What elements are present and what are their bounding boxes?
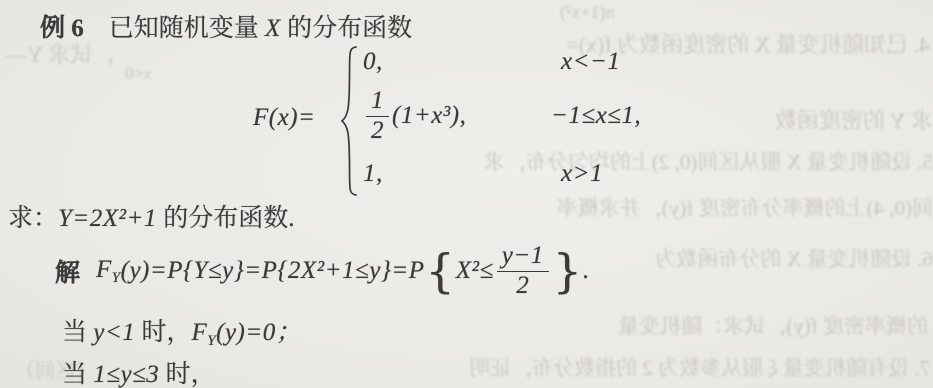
heading-spacer — [84, 15, 109, 42]
find-label: 求： — [8, 205, 58, 232]
case-row-2: 1 2 (1+x³), −1≤x≤1, — [363, 84, 466, 148]
big-left-brace: { — [425, 248, 454, 294]
big-right-brace: } — [553, 248, 582, 294]
when-suffix: 时， — [159, 361, 215, 388]
find-line: 求：Y=2X²+1 的分布函数. — [8, 198, 294, 234]
bleedthrough-text: 6. 设随机变量 X 的分布函数为 — [615, 243, 933, 273]
bleedthrough-text: 7. 设有随机变量 ξ 服从参数为 2 的指数分布，证明 — [295, 352, 930, 382]
case3-condition: x>1 — [561, 160, 603, 188]
condition-expression: 1≤y≤3 — [93, 361, 159, 388]
bleedthrough-text: 的概率密度 f(y)，试求：随机变量 — [448, 310, 928, 340]
when-label: 当 — [62, 361, 93, 388]
example-label: 例 6 — [40, 15, 84, 42]
fraction-numerator: 1 — [366, 88, 389, 116]
solution-label: 解 — [55, 253, 80, 289]
case1-value: 0, — [363, 48, 383, 75]
fy-symbol: FY — [96, 256, 121, 287]
case3-value: 1, — [363, 160, 383, 187]
solution-chain: (y)=P{Y≤y}=P{2X²+1≤y}=P — [121, 257, 425, 285]
case-rows: 0, x<−1 1 2 (1+x³), −1≤x≤1, 1, x>1 — [363, 42, 803, 200]
formula-lhs: F(x)= — [253, 104, 315, 132]
left-curly-brace — [339, 46, 359, 196]
one-half-fraction: 1 2 — [366, 88, 389, 144]
bleedthrough-text: π(1+x²) — [560, 2, 615, 23]
y-minus-1-over-2-fraction: y−1 2 — [497, 243, 549, 299]
fraction-denominator: 2 — [371, 117, 384, 144]
bleedthrough-text: x<0 — [125, 64, 152, 84]
result-expression: (y)=0； — [216, 319, 301, 346]
case-row-3: 1, x>1 — [363, 160, 383, 188]
case-row-1: 0, x<−1 — [363, 48, 383, 76]
fy-subscript: Y — [207, 333, 216, 349]
heading-text-pre: 已知随机变量 — [109, 15, 265, 42]
piecewise-formula: F(x)= 0, x<−1 1 2 (1+x³), −1≤x≤1, 1, x>1 — [253, 42, 813, 200]
heading-variable: X — [265, 15, 281, 42]
case1-condition: x<−1 — [561, 48, 620, 76]
fy-symbol: FY — [192, 319, 217, 346]
fraction-numerator: y−1 — [497, 243, 549, 271]
textbook-page: ，试求 Y— 4. 已知随机变量 X 的密度函数为 f(x)= π(1+x²) … — [0, 0, 933, 388]
fraction-denominator: 2 — [516, 272, 529, 299]
case-1-le-y-le-3-line: 当 1≤y≤3 时， — [62, 354, 216, 388]
when-suffix: 时， — [135, 319, 191, 346]
case2-condition: −1≤x≤1, — [551, 102, 641, 130]
find-expression: Y=2X²+1 — [58, 205, 157, 232]
condition-expression: y<1 — [93, 319, 135, 346]
solution-period: . — [583, 257, 590, 285]
find-text: 的分布函数. — [157, 205, 295, 232]
case2-expression: (1+x³), — [392, 102, 466, 130]
fy-subscript: Y — [112, 270, 121, 286]
solution-line: 解 FY (y)=P{Y≤y}=P{2X²+1≤y}=P { X²≤ y−1 2… — [55, 244, 590, 298]
heading-text-post: 的分布函数 — [281, 15, 412, 42]
case-y-less-1-line: 当 y<1 时，FY(y)=0； — [62, 312, 301, 350]
example-heading: 例 6 已知随机变量 X 的分布函数 — [40, 8, 412, 44]
solution-inner: X²≤ — [456, 257, 494, 285]
when-label: 当 — [62, 319, 93, 346]
